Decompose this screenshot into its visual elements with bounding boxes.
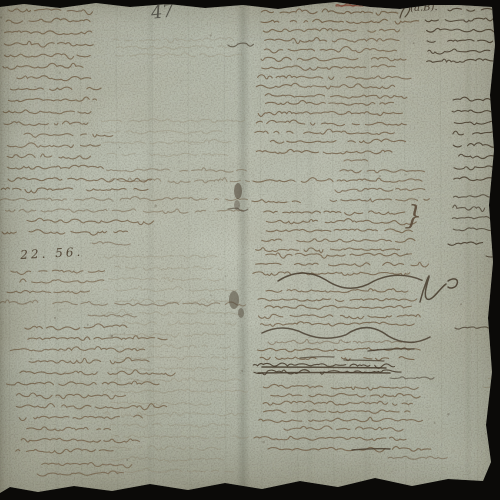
manuscript-scan: 47 22. 56. (a.B). }	[0, 0, 500, 500]
paper-sheet: 47 22. 56. (a.B). }	[0, 0, 500, 500]
margin-brace-icon: }	[404, 202, 423, 230]
page-number-pencil: 47	[150, 2, 175, 23]
section-heading: 22. 56.	[20, 246, 84, 261]
corner-notation: (a.B).	[410, 3, 438, 14]
